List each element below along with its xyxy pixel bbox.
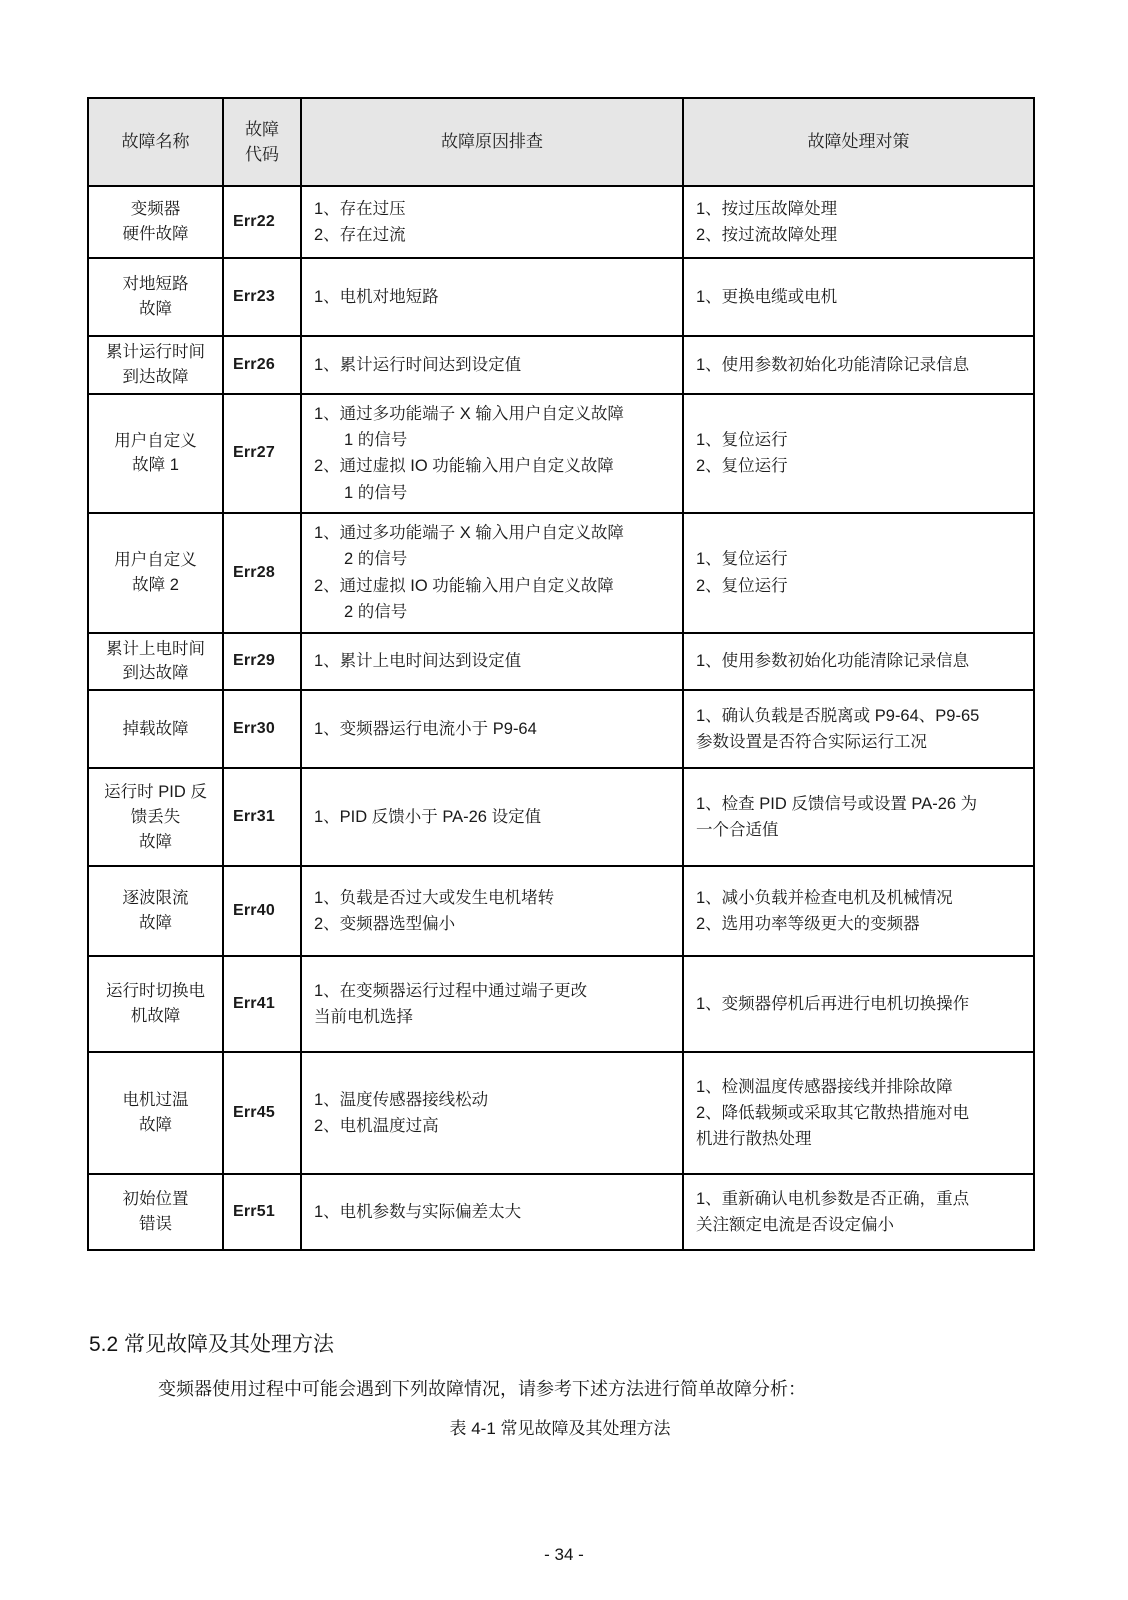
- cell-line: 1、使用参数初始化功能清除记录信息: [696, 648, 1025, 674]
- fault-table-row: 初始位置 错误 Err51 1、电机参数与实际偏差太大 1、重新确认电机参数是否…: [88, 1174, 1034, 1250]
- fault-code-cell: Err26: [223, 336, 301, 394]
- fault-table-row: 逐波限流 故障 Err40 1、负载是否过大或发生电机堵转2、变频器选型偏小 1…: [88, 866, 1034, 956]
- cell-line: 2、复位运行: [696, 573, 1025, 599]
- fault-name-cell: 累计运行时间 到达故障: [88, 336, 223, 394]
- fault-remedy-cell: 1、变频器停机后再进行电机切换操作: [683, 956, 1034, 1052]
- fault-name-cell: 对地短路 故障: [88, 258, 223, 336]
- cell-line: 1、重新确认电机参数是否正确，重点: [696, 1186, 1025, 1212]
- fault-cause-cell: 1、累计上电时间达到设定值: [301, 633, 683, 691]
- cell-line: 参数设置是否符合实际运行工况: [696, 729, 1025, 755]
- fault-remedy-cell: 1、检查 PID 反馈信号或设置 PA-26 为一个合适值: [683, 768, 1034, 866]
- cell-line: 1、复位运行: [696, 546, 1025, 572]
- fault-code-cell: Err31: [223, 768, 301, 866]
- fault-cause-cell: 1、电机参数与实际偏差太大: [301, 1174, 683, 1250]
- cell-line: 2、变频器选型偏小: [314, 911, 674, 937]
- cell-line: 关注额定电流是否设定偏小: [696, 1212, 1025, 1238]
- fault-table-row: 对地短路 故障 Err23 1、电机对地短路 1、更换电缆或电机: [88, 258, 1034, 336]
- fault-remedy-cell: 1、确认负载是否脱离或 P9-64、P9-65参数设置是否符合实际运行工况: [683, 690, 1034, 768]
- cell-line: 1、按过压故障处理: [696, 196, 1025, 222]
- cell-line: 1、更换电缆或电机: [696, 284, 1025, 310]
- section-intro-paragraph: 变频器使用过程中可能会遇到下列故障情况，请参考下述方法进行简单故障分析：: [158, 1375, 806, 1401]
- fault-cause-cell: 1、累计运行时间达到设定值: [301, 336, 683, 394]
- fault-name-cell: 用户自定义 故障 2: [88, 513, 223, 633]
- cell-line: 2、电机温度过高: [314, 1113, 674, 1139]
- fault-remedy-cell: 1、复位运行2、复位运行: [683, 394, 1034, 514]
- fault-code-cell: Err45: [223, 1052, 301, 1174]
- header-fault-remedy: 故障处理对策: [683, 98, 1034, 186]
- fault-name-cell: 电机过温 故障: [88, 1052, 223, 1174]
- fault-table-body: 变频器 硬件故障 Err22 1、存在过压2、存在过流 1、按过压故障处理2、按…: [88, 186, 1034, 1250]
- cell-line: 1、检测温度传感器接线并排除故障: [696, 1074, 1025, 1100]
- fault-cause-cell: 1、存在过压2、存在过流: [301, 186, 683, 258]
- cell-line: 1、减小负载并检查电机及机械情况: [696, 885, 1025, 911]
- fault-remedy-cell: 1、减小负载并检查电机及机械情况2、选用功率等级更大的变频器: [683, 866, 1034, 956]
- fault-name-cell: 用户自定义 故障 1: [88, 394, 223, 514]
- table-caption: 表 4-1 常见故障及其处理方法: [87, 1414, 1033, 1439]
- fault-table: 故障名称 故障 代码 故障原因排查 故障处理对策 变频器 硬件故障 Err22 …: [87, 97, 1035, 1251]
- fault-cause-cell: 1、负载是否过大或发生电机堵转2、变频器选型偏小: [301, 866, 683, 956]
- cell-line: 1、在变频器运行过程中通过端子更改: [314, 978, 674, 1004]
- cell-line: 1、通过多功能端子 X 输入用户自定义故障: [314, 401, 674, 427]
- fault-table-row: 电机过温 故障 Err45 1、温度传感器接线松动2、电机温度过高 1、检测温度…: [88, 1052, 1034, 1174]
- fault-table-row: 用户自定义 故障 2 Err28 1、通过多功能端子 X 输入用户自定义故障2 …: [88, 513, 1034, 633]
- cell-line: 1 的信号: [314, 480, 674, 506]
- cell-line: 2、选用功率等级更大的变频器: [696, 911, 1025, 937]
- cell-line: 1、累计运行时间达到设定值: [314, 352, 674, 378]
- cell-line: 2、复位运行: [696, 453, 1025, 479]
- cell-line: 1、电机对地短路: [314, 284, 674, 310]
- cell-line: 2、通过虚拟 IO 功能输入用户自定义故障: [314, 573, 674, 599]
- fault-code-cell: Err28: [223, 513, 301, 633]
- section-heading: 5.2 常见故障及其处理方法: [89, 1328, 334, 1358]
- fault-cause-cell: 1、变频器运行电流小于 P9-64: [301, 690, 683, 768]
- fault-cause-cell: 1、在变频器运行过程中通过端子更改当前电机选择: [301, 956, 683, 1052]
- fault-remedy-cell: 1、重新确认电机参数是否正确，重点关注额定电流是否设定偏小: [683, 1174, 1034, 1250]
- fault-cause-cell: 1、通过多功能端子 X 输入用户自定义故障1 的信号2、通过虚拟 IO 功能输入…: [301, 394, 683, 514]
- fault-table-row: 用户自定义 故障 1 Err27 1、通过多功能端子 X 输入用户自定义故障1 …: [88, 394, 1034, 514]
- fault-name-cell: 初始位置 错误: [88, 1174, 223, 1250]
- cell-line: 1、负载是否过大或发生电机堵转: [314, 885, 674, 911]
- fault-cause-cell: 1、电机对地短路: [301, 258, 683, 336]
- fault-remedy-cell: 1、使用参数初始化功能清除记录信息: [683, 633, 1034, 691]
- fault-code-cell: Err40: [223, 866, 301, 956]
- fault-code-cell: Err51: [223, 1174, 301, 1250]
- page-number: - 34 -: [0, 1545, 1128, 1565]
- fault-name-cell: 运行时切换电 机故障: [88, 956, 223, 1052]
- cell-line: 1、使用参数初始化功能清除记录信息: [696, 352, 1025, 378]
- fault-table-row: 运行时 PID 反 馈丢失 故障 Err31 1、PID 反馈小于 PA-26 …: [88, 768, 1034, 866]
- fault-remedy-cell: 1、按过压故障处理2、按过流故障处理: [683, 186, 1034, 258]
- fault-cause-cell: 1、温度传感器接线松动2、电机温度过高: [301, 1052, 683, 1174]
- header-fault-name: 故障名称: [88, 98, 223, 186]
- cell-line: 2 的信号: [314, 599, 674, 625]
- cell-line: 1、确认负载是否脱离或 P9-64、P9-65: [696, 703, 1025, 729]
- cell-line: 1、存在过压: [314, 196, 674, 222]
- fault-name-cell: 累计上电时间 到达故障: [88, 633, 223, 691]
- cell-line: 1、温度传感器接线松动: [314, 1087, 674, 1113]
- fault-name-cell: 运行时 PID 反 馈丢失 故障: [88, 768, 223, 866]
- cell-line: 1、通过多功能端子 X 输入用户自定义故障: [314, 520, 674, 546]
- cell-line: 2、存在过流: [314, 222, 674, 248]
- cell-line: 一个合适值: [696, 817, 1025, 843]
- cell-line: 1、变频器停机后再进行电机切换操作: [696, 991, 1025, 1017]
- cell-line: 1、变频器运行电流小于 P9-64: [314, 716, 674, 742]
- header-fault-code: 故障 代码: [223, 98, 301, 186]
- cell-line: 1、电机参数与实际偏差太大: [314, 1199, 674, 1225]
- fault-cause-cell: 1、PID 反馈小于 PA-26 设定值: [301, 768, 683, 866]
- fault-name-cell: 变频器 硬件故障: [88, 186, 223, 258]
- cell-line: 机进行散热处理: [696, 1126, 1025, 1152]
- fault-code-cell: Err30: [223, 690, 301, 768]
- fault-name-cell: 逐波限流 故障: [88, 866, 223, 956]
- fault-code-cell: Err23: [223, 258, 301, 336]
- fault-code-cell: Err27: [223, 394, 301, 514]
- cell-line: 1、检查 PID 反馈信号或设置 PA-26 为: [696, 791, 1025, 817]
- fault-remedy-cell: 1、更换电缆或电机: [683, 258, 1034, 336]
- cell-line: 1、PID 反馈小于 PA-26 设定值: [314, 804, 674, 830]
- fault-code-cell: Err22: [223, 186, 301, 258]
- cell-line: 2、按过流故障处理: [696, 222, 1025, 248]
- cell-line: 1、累计上电时间达到设定值: [314, 648, 674, 674]
- cell-line: 2 的信号: [314, 546, 674, 572]
- fault-table-row: 累计运行时间 到达故障 Err26 1、累计运行时间达到设定值 1、使用参数初始…: [88, 336, 1034, 394]
- fault-code-cell: Err29: [223, 633, 301, 691]
- fault-remedy-cell: 1、复位运行2、复位运行: [683, 513, 1034, 633]
- fault-remedy-cell: 1、检测温度传感器接线并排除故障2、降低载频或采取其它散热措施对电机进行散热处理: [683, 1052, 1034, 1174]
- fault-code-cell: Err41: [223, 956, 301, 1052]
- fault-table-row: 累计上电时间 到达故障 Err29 1、累计上电时间达到设定值 1、使用参数初始…: [88, 633, 1034, 691]
- fault-name-cell: 掉载故障: [88, 690, 223, 768]
- fault-table-row: 变频器 硬件故障 Err22 1、存在过压2、存在过流 1、按过压故障处理2、按…: [88, 186, 1034, 258]
- cell-line: 1 的信号: [314, 427, 674, 453]
- document-page: 故障名称 故障 代码 故障原因排查 故障处理对策 变频器 硬件故障 Err22 …: [0, 0, 1128, 1600]
- fault-table-row: 运行时切换电 机故障 Err41 1、在变频器运行过程中通过端子更改当前电机选择…: [88, 956, 1034, 1052]
- fault-table-row: 掉载故障 Err30 1、变频器运行电流小于 P9-64 1、确认负载是否脱离或…: [88, 690, 1034, 768]
- fault-table-header-row: 故障名称 故障 代码 故障原因排查 故障处理对策: [88, 98, 1034, 186]
- fault-cause-cell: 1、通过多功能端子 X 输入用户自定义故障2 的信号2、通过虚拟 IO 功能输入…: [301, 513, 683, 633]
- cell-line: 当前电机选择: [314, 1004, 674, 1030]
- cell-line: 2、降低载频或采取其它散热措施对电: [696, 1100, 1025, 1126]
- fault-remedy-cell: 1、使用参数初始化功能清除记录信息: [683, 336, 1034, 394]
- header-fault-cause: 故障原因排查: [301, 98, 683, 186]
- cell-line: 2、通过虚拟 IO 功能输入用户自定义故障: [314, 453, 674, 479]
- cell-line: 1、复位运行: [696, 427, 1025, 453]
